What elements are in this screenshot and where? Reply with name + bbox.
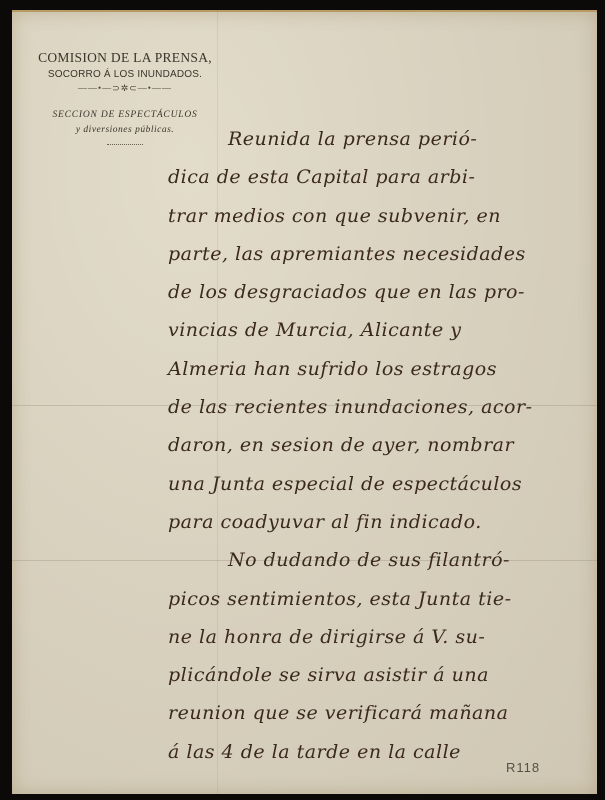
text-line: para coadyuvar al fin indicado. xyxy=(168,503,588,541)
handwritten-body: Reunida la prensa perió- dica de esta Ca… xyxy=(168,120,588,771)
ornament-divider-icon: ——•—⊃✲⊂—•—— xyxy=(30,83,220,94)
text-line: parte, las apremiantes necesidades xyxy=(168,235,588,273)
text-line: Reunida la prensa perió- xyxy=(168,120,588,158)
text-line: trar medios con que subvenir, en xyxy=(168,197,588,235)
text-line: picos sentimientos, esta Junta tie- xyxy=(168,580,588,618)
text-line: daron, en sesion de ayer, nombrar xyxy=(168,426,588,464)
text-line: de las recientes inundaciones, acor- xyxy=(168,388,588,426)
text-line: plicándole se sirva asistir á una xyxy=(168,656,588,694)
text-line: No dudando de sus filantró- xyxy=(168,541,588,579)
text-line: ne la honra de dirigirse á V. su- xyxy=(168,618,588,656)
text-line: vincias de Murcia, Alicante y xyxy=(168,311,588,349)
text-line: reunion que se verificará mañana xyxy=(168,694,588,732)
section-name: SECCION DE ESPECTÁCULOS xyxy=(30,110,220,120)
archive-reference: R118 xyxy=(506,760,540,775)
letterhead-title: COMISION DE LA PRENSA, xyxy=(30,50,220,66)
dotted-rule xyxy=(107,144,143,145)
letterhead-subtitle: SOCORRO Á LOS INUNDADOS. xyxy=(30,69,220,80)
text-line: una Junta especial de espectáculos xyxy=(168,465,588,503)
text-line: de los desgraciados que en las pro- xyxy=(168,273,588,311)
text-line: dica de esta Capital para arbi- xyxy=(168,158,588,196)
text-line: Almeria han sufrido los estragos xyxy=(168,350,588,388)
